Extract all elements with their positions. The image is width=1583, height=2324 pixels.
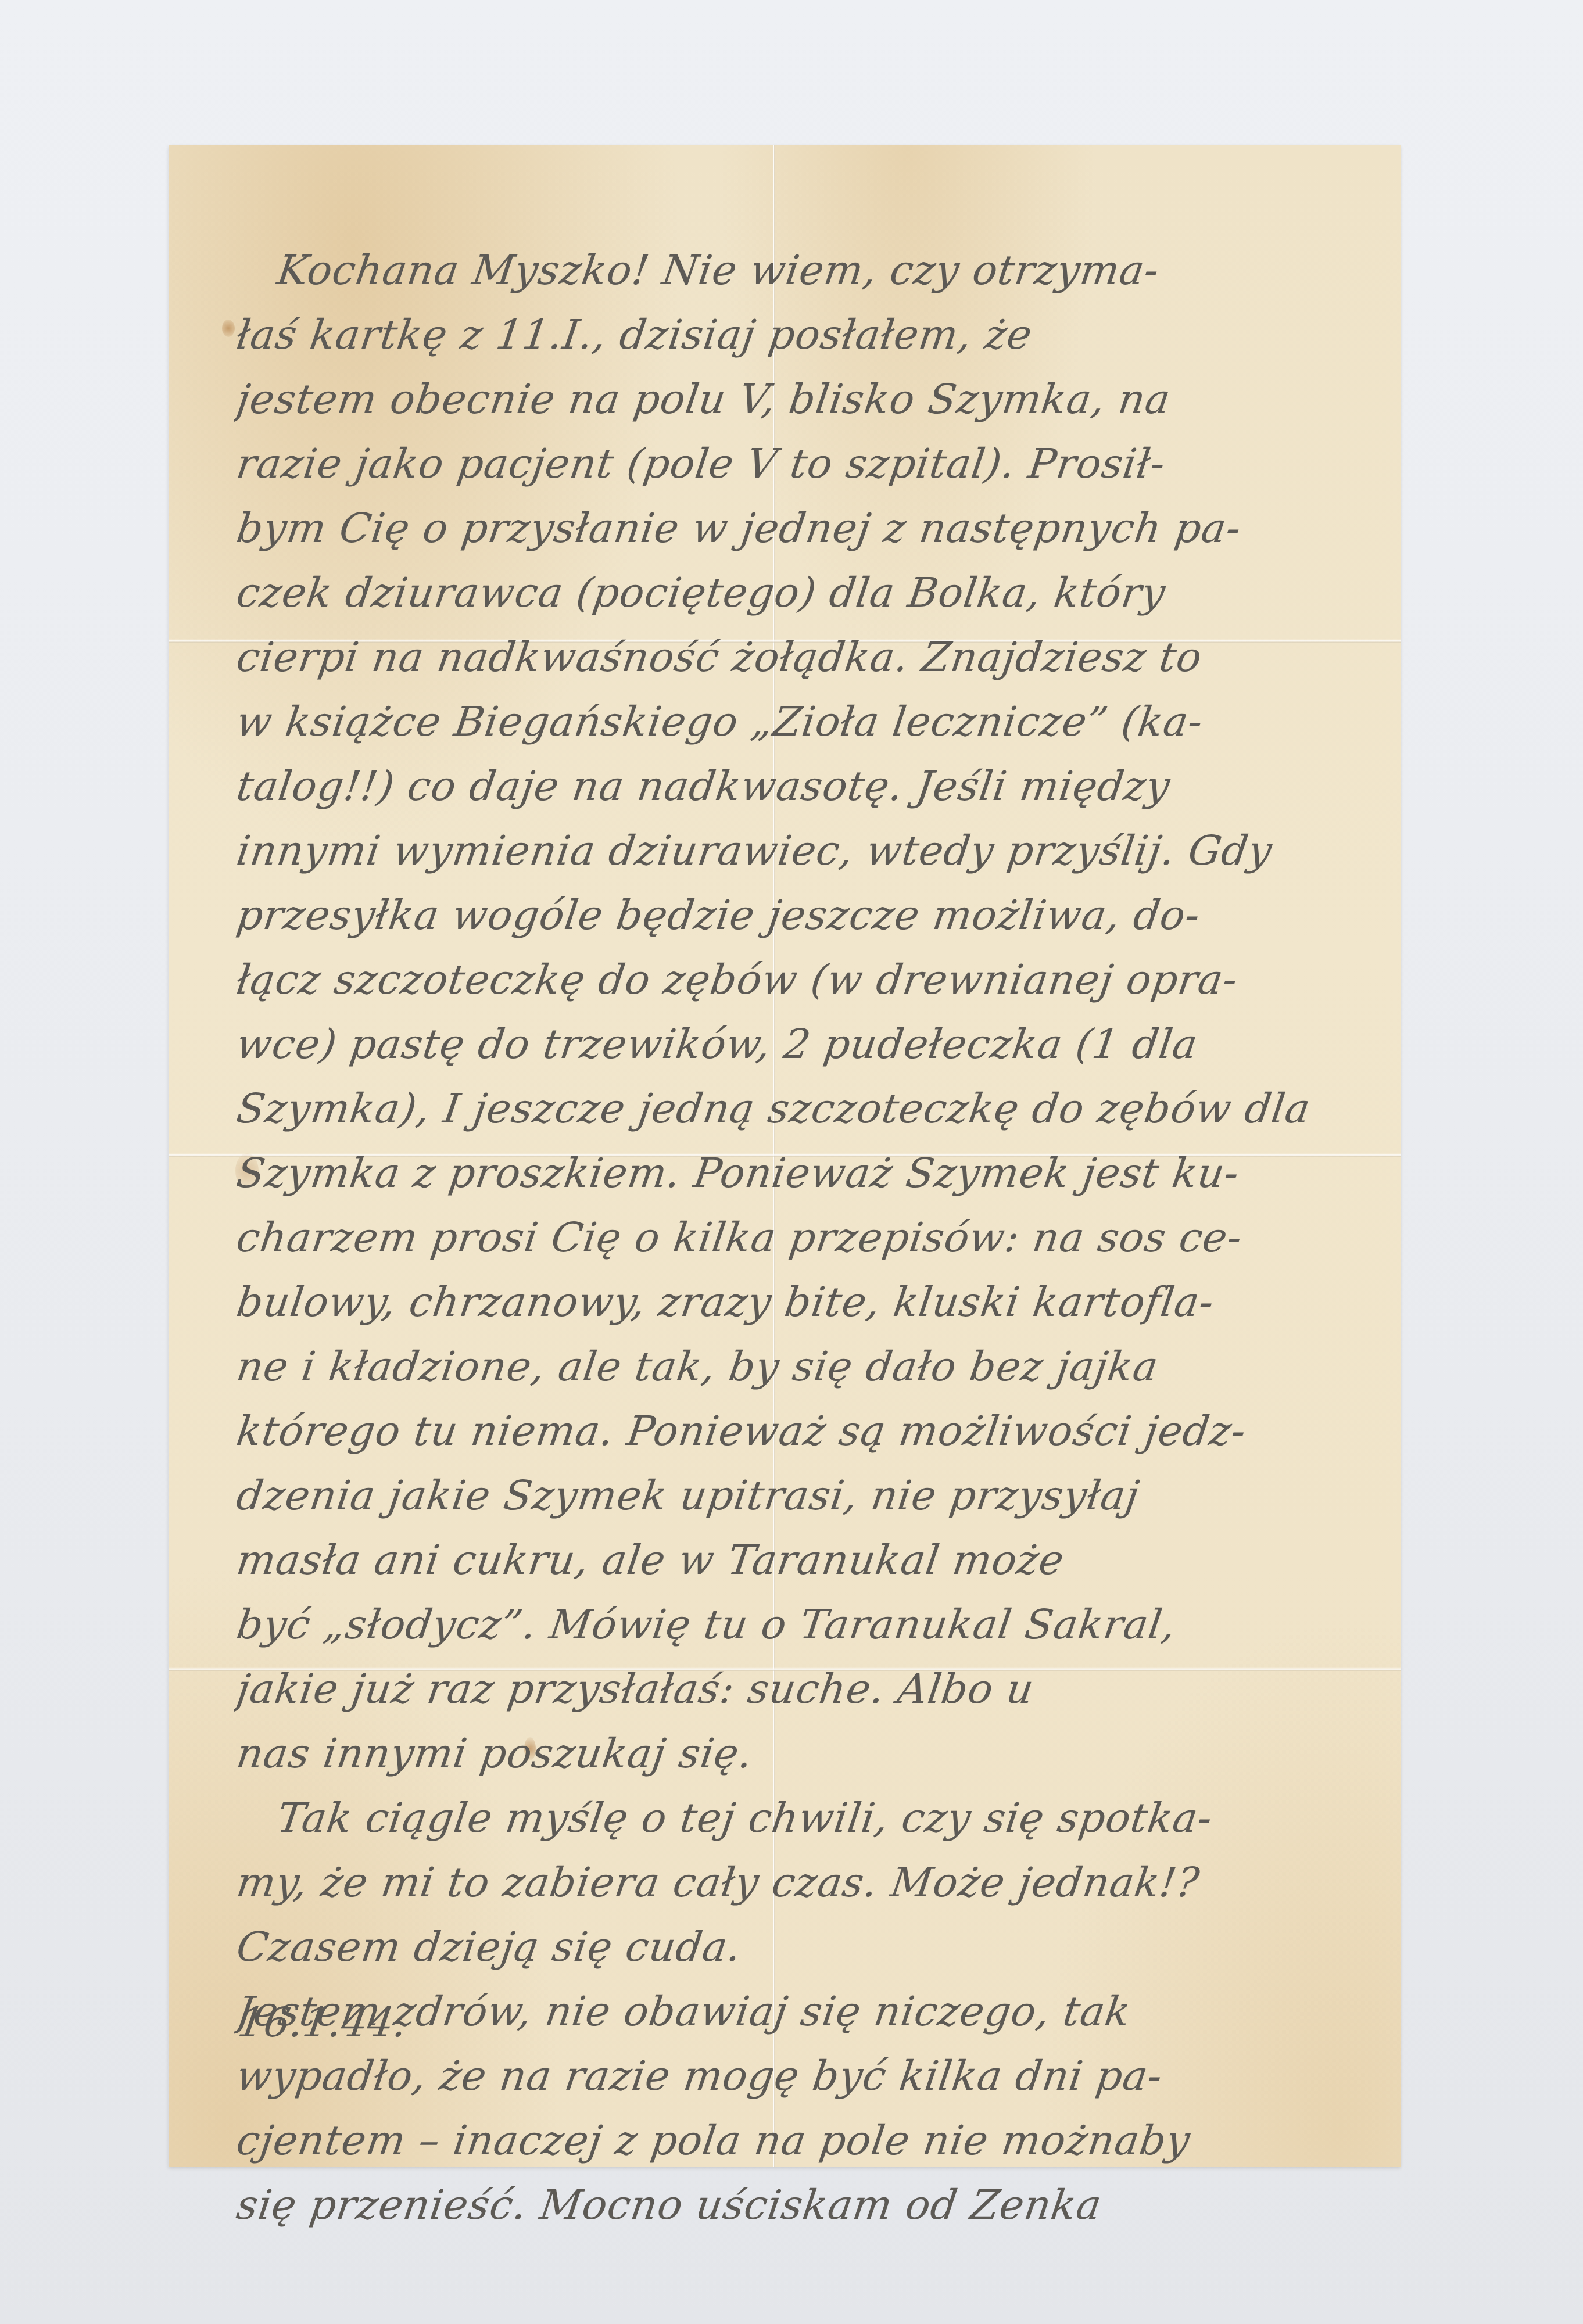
letter-line: bym Cię o przysłanie w jednej z następny… [232, 496, 1358, 561]
letter-date: 16.1.44. [235, 1999, 410, 2046]
letter-line: łącz szczoteczkę do zębów (w drewnianej … [232, 948, 1358, 1012]
letter-line: ne i kładzione, ale tak, by się dało bez… [232, 1335, 1358, 1399]
letter-line: Czasem dzieją się cuda. [232, 1915, 1358, 1979]
letter-line: talog!!) co daje na nadkwasotę. Jeśli mi… [232, 754, 1358, 819]
letter-sheet: Kochana Myszko! Nie wiem, czy otrzyma- ł… [169, 145, 1401, 2167]
letter-line: Kochana Myszko! Nie wiem, czy otrzyma- [232, 238, 1358, 303]
letter-line: dzenia jakie Szymek upitrasi, nie przysy… [232, 1464, 1358, 1528]
letter-line: jestem obecnie na polu V, blisko Szymka,… [232, 367, 1358, 432]
letter-line: razie jako pacjent (pole V to szpital). … [232, 432, 1358, 496]
letter-line: być „słodycz”. Mówię tu o Taranukal Sakr… [232, 1593, 1358, 1657]
letter-line: łaś kartkę z 11.I., dzisiaj posłałem, że [232, 303, 1358, 367]
letter-body: Kochana Myszko! Nie wiem, czy otrzyma- ł… [232, 238, 1348, 2237]
letter-line: Tak ciągle myślę o tej chwili, czy się s… [232, 1786, 1358, 1850]
letter-line: wce) pastę do trzewików, 2 pudełeczka (1… [232, 1012, 1358, 1077]
letter-line: jakie już raz przysłałaś: suche. Albo u [232, 1657, 1358, 1722]
letter-line: masła ani cukru, ale w Taranukal może [232, 1528, 1358, 1593]
letter-line: innymi wymienia dziurawiec, wtedy przyśl… [232, 819, 1358, 883]
letter-line: w książce Biegańskiego „Zioła lecznicze”… [232, 690, 1358, 754]
letter-line: nas innymi poszukaj się. [232, 1722, 1358, 1786]
letter-line: my, że mi to zabiera cały czas. Może jed… [232, 1850, 1358, 1915]
letter-line: bulowy, chrzanowy, zrazy bite, kluski ka… [232, 1270, 1358, 1335]
letter-line: czek dziurawca (pociętego) dla Bolka, kt… [232, 561, 1358, 625]
letter-line: charzem prosi Cię o kilka przepisów: na … [232, 1206, 1358, 1270]
letter-line: wypadło, że na razie mogę być kilka dni … [232, 2044, 1358, 2108]
letter-line: którego tu niema. Ponieważ są możliwości… [232, 1399, 1358, 1464]
letter-line: się przenieść. Mocno uściskam od Zenka [232, 2173, 1358, 2237]
letter-line: cierpi na nadkwaśność żołądka. Znajdzies… [232, 625, 1358, 690]
letter-line: Szymka z proszkiem. Ponieważ Szymek jest… [232, 1141, 1358, 1206]
letter-line: Szymka), I jeszcze jedną szczoteczkę do … [232, 1077, 1358, 1141]
letter-line: cjentem – inaczej z pola na pole nie moż… [232, 2108, 1358, 2173]
letter-line: przesyłka wogóle będzie jeszcze możliwa,… [232, 883, 1358, 948]
